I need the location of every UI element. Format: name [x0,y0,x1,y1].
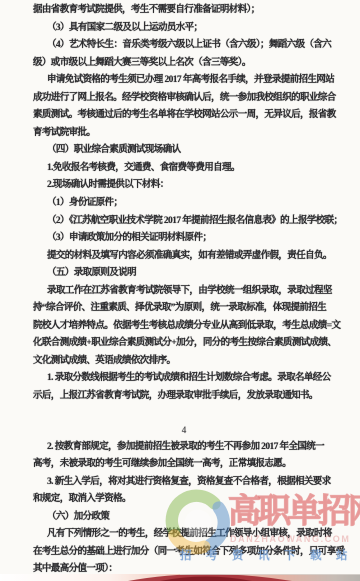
doc-line: （3）具有国家二级及以上运动员水平； [33,20,335,38]
doc-line: 2.现场确认时需提供以下材料： [33,177,335,195]
doc-line: 文化测试成绩、英语成绩依次排序。 [33,353,335,371]
doc-line: 1. 录取分数线根据考生的考试成绩和招生计划数综合考虑。录取名单经公 [33,370,335,388]
doc-line: （六）加分政策 [33,509,335,527]
doc-line: 示后，上报江苏省教育考试院，办理录取审批手续后，发放录取通知书。 [33,388,335,406]
doc-line: 据由省教育考试院提供，考生不需要自行准备证明材料）； [33,2,335,20]
doc-line: 化联合测成绩+职业综合素质测试分+加分，同分的考生按综合素质测试成绩、 [33,335,335,353]
doc-line: 素质测试。考核通过后的考生名单将在学校网站公示一周，无异议后，报省教 [33,107,335,125]
doc-line: 级）或市级以上舞蹈大赛三等奖以上名次（含三等奖）。 [33,55,335,73]
doc-line: 2. 按教育部规定，参加提前招生被录取的考生不再参加 2017 年全国统一 [33,439,335,457]
doc-line: 院校人才培养特点。依据考生考核总成绩分专业从高到低录取，考生总成绩=文 [33,318,335,336]
doc-line: 在考生总分的基础上进行加分（同一考生如符合下列多项加分条件时，只可享受 [33,544,335,562]
doc-line: 申请免试资格的考生须已办理 2017 年高考报名手续，并登录提前招生网站 [33,72,335,90]
photo-strip [0,572,360,581]
doc-line: 录取工作在江苏省教育考试院领导下，由学校统一组织录取，录取过程坚 [33,283,335,301]
doc-line: 3. 新生入学后，将对其进行资格复查，资格复查不合格者，根据相关要求 [33,474,335,492]
doc-line: （2）《江苏航空职业技术学院 2017 年提前招生报名信息表》的上报学校联； [33,213,335,231]
doc-line: 高考，未被录取的考生可继续参加全国统一高考，正常填报志愿。 [33,456,335,474]
doc-line: 凡有下列情形之一的考生，经学校提前招生工作领导小组审核，录取时将 [33,526,335,544]
doc-line: （3）申请政策加分的相关证明材料原件； [33,230,335,248]
doc-line: 1.免收报名考核费，交通费、食宿费等费用自理。 [33,160,335,178]
doc-line: （五）录取原则及说明 [33,265,335,283]
doc-line: （四）职业综合素质测试现场确认 [33,142,335,160]
doc-line: 和规定，取消入学资格。 [33,491,335,509]
doc-line: 成功进行了网上报名。经学校资格审核确认后，统一参加我校组织的职业综合 [33,90,335,108]
doc-line: （1）身份证原件； [33,195,335,213]
document-page: 据由省教育考试院提供，考生不需要自行准备证明材料）； （3）具有国家二级及以上运… [33,2,335,579]
doc-line: 提交的材料及填写内容必须准确真实，如有差错或弄虚作假，责任自负。 [33,248,335,266]
doc-line: 持“综合评价、注重素质、择优录取”为原则，统一录取标准，体现提前招生 [33,300,335,318]
page-number: 4 [33,423,335,437]
doc-line: （4）艺术特长生：音乐类考级六级以上证书（含六级）；舞蹈六级（含六 [33,37,335,55]
doc-line: 育考试院审批。 [33,125,335,143]
